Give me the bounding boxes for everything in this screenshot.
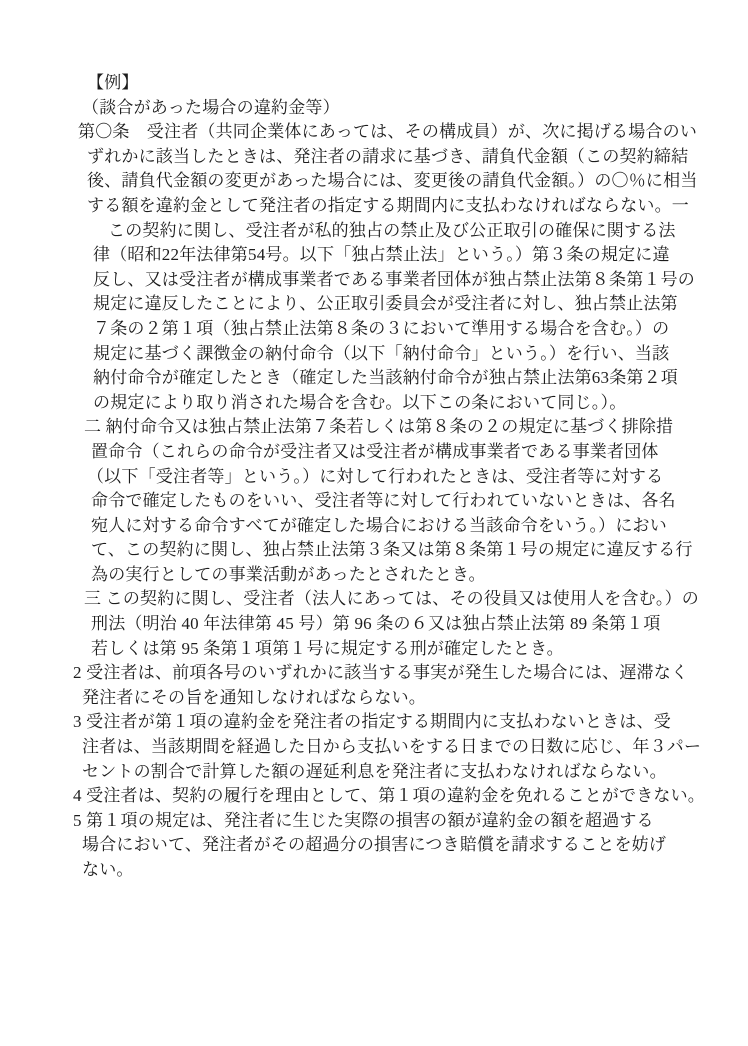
text-line-24: 若しくは第 95 条第１項第１号に規定する刑が確定したとき。 (73, 637, 733, 662)
text-line-16: 置命令（これらの命令が受注者又は受注者が構成事業者である事業者団体 (73, 440, 733, 465)
text-line-13: 納付命令が確定したとき（確定した当該納付命令が独占禁止法第63条第２項 (73, 366, 733, 391)
text-line-15: 二 納付命令又は独占禁止法第７条若しくは第８条の２の規定に基づく排除措 (73, 415, 733, 440)
text-line-4: ずれかに該当したときは、発注者の請求に基づき、請負代金額（この契約締結 (73, 145, 733, 170)
text-line-12: 規定に基づく課徴金の納付命令（以下「納付命令」という。）を行い、当該 (73, 342, 733, 367)
document-body: 【例】（談合があった場合の違約金等）第〇条 受注者（共同企業体にあっては、その構… (73, 71, 733, 883)
text-line-5: 後、請負代金額の変更があった場合には、変更後の請負代金額。）の〇％に相当 (73, 169, 733, 194)
text-line-8: 律（昭和22年法律第54号。以下「独占禁止法」という。）第３条の規定に違 (73, 243, 733, 268)
text-line-23: 刑法（明治 40 年法律第 45 号）第 96 条の６又は独占禁止法第 89 条… (73, 612, 733, 637)
text-line-22: 三 この契約に関し、受注者（法人にあっては、その役員又は使用人を含む。）の (73, 587, 733, 612)
text-line-1: 【例】 (73, 71, 733, 96)
text-line-31: 5 第１項の規定は、発注者に生じた実際の損害の額が違約金の額を超過する (73, 809, 733, 834)
text-line-28: 注者は、当該期間を経過した日から支払いをする日までの日数に応じ、年３パー (73, 735, 733, 760)
text-line-25: 2 受注者は、前項各号のいずれかに該当する事実が発生した場合には、遅滞なく (73, 661, 733, 686)
text-line-20: て、この契約に関し、独占禁止法第３条又は第８条第１号の規定に違反する行 (73, 538, 733, 563)
text-line-33: ない。 (73, 858, 733, 883)
document-page: 【例】（談合があった場合の違約金等）第〇条 受注者（共同企業体にあっては、その構… (0, 0, 748, 1046)
text-line-21: 為の実行としての事業活動があったとされたとき。 (73, 563, 733, 588)
text-line-27: 3 受注者が第１項の違約金を発注者の指定する期間内に支払わないときは、受 (73, 710, 733, 735)
text-line-11: ７条の２第１項（独占禁止法第８条の３において準用する場合を含む。）の (73, 317, 733, 342)
text-line-29: セントの割合で計算した額の遅延利息を発注者に支払わなければならない。 (73, 760, 733, 785)
text-line-17: （以下「受注者等」という。）に対して行われたときは、受注者等に対する (73, 465, 733, 490)
text-line-30: 4 受注者は、契約の履行を理由として、第１項の違約金を免れることができない。 (73, 784, 733, 809)
text-line-18: 命令で確定したものをいい、受注者等に対して行われていないときは、各名 (73, 489, 733, 514)
text-line-10: 規定に違反したことにより、公正取引委員会が受注者に対し、独占禁止法第 (73, 292, 733, 317)
text-line-19: 宛人に対する命令すべてが確定した場合における当該命令をいう。）におい (73, 514, 733, 539)
text-line-2: （談合があった場合の違約金等） (73, 96, 733, 121)
text-line-14: の規定により取り消された場合を含む。以下この条において同じ。）。 (73, 391, 733, 416)
text-line-9: 反し、又は受注者が構成事業者である事業者団体が独占禁止法第８条第１号の (73, 268, 733, 293)
text-line-3: 第〇条 受注者（共同企業体にあっては、その構成員）が、次に掲げる場合のい (73, 120, 733, 145)
text-line-26: 発注者にその旨を通知しなければならない。 (73, 686, 733, 711)
text-line-7: この契約に関し、受注者が私的独占の禁止及び公正取引の確保に関する法 (73, 219, 733, 244)
text-line-6: する額を違約金として発注者の指定する期間内に支払わなければならない。一 (73, 194, 733, 219)
text-line-32: 場合において、発注者がその超過分の損害につき賠償を請求することを妨げ (73, 833, 733, 858)
